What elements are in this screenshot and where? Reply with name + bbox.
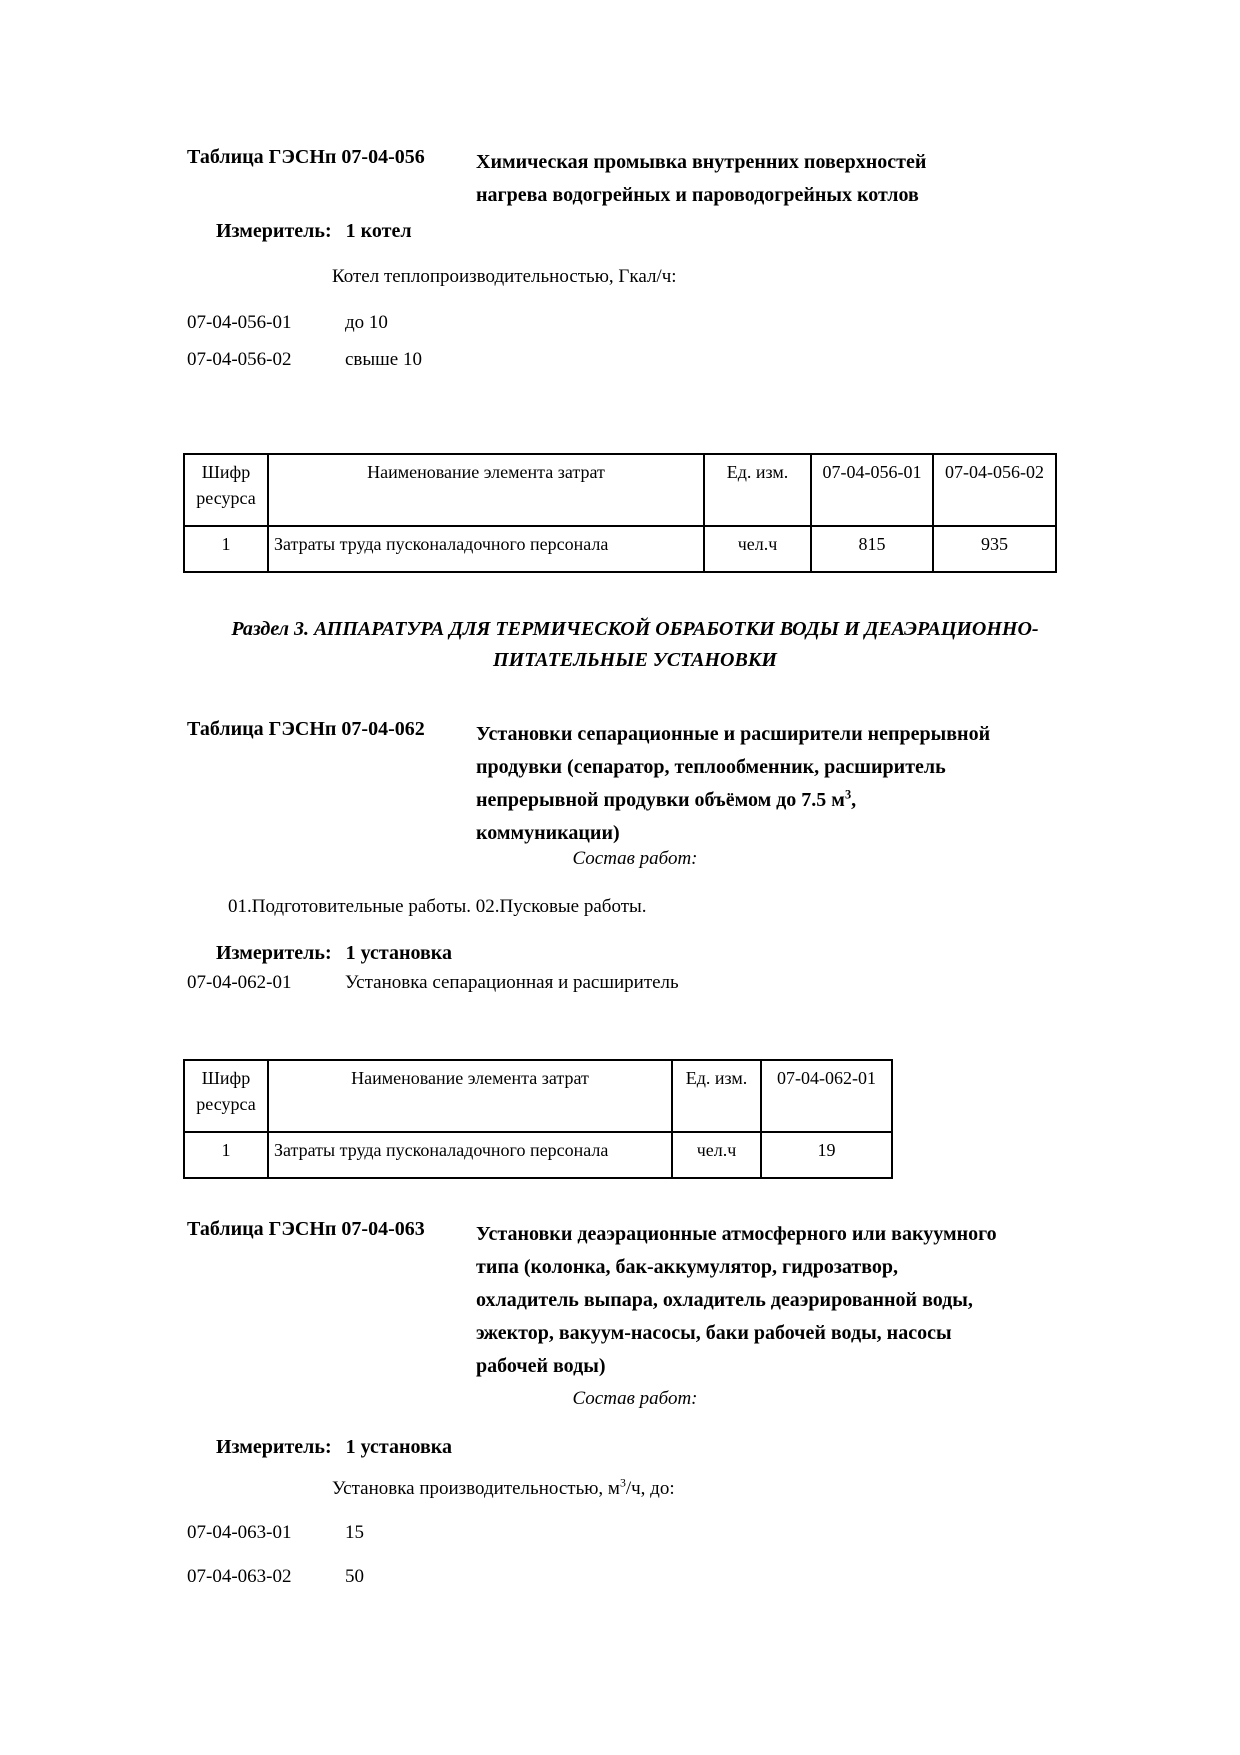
table-063-title-line-2: типа (колонка, бак-аккумулятор, гидрозат… bbox=[476, 1251, 1036, 1284]
col-header-unit: Ед. изм. bbox=[672, 1060, 761, 1132]
group-line-056: Котел теплопроизводительностью, Гкал/ч: bbox=[332, 266, 677, 288]
cell-value-056-01: 815 bbox=[811, 526, 933, 572]
col-header-norm-056-01: 07-04-056-01 bbox=[811, 454, 933, 526]
table-063-title-line-5: рабочей воды) bbox=[476, 1350, 1036, 1383]
cell-unit: чел.ч bbox=[672, 1132, 761, 1178]
col-header-cost-element: Наименование элемента затрат bbox=[268, 1060, 672, 1132]
table-062-title-line-2: продувки (сепаратор, теплообменник, расш… bbox=[476, 751, 1036, 784]
table-063-title-line-3: охладитель выпара, охладитель деаэрирова… bbox=[476, 1284, 1036, 1317]
cell-unit: чел.ч bbox=[704, 526, 811, 572]
table-056-title: Химическая промывка внутренних поверхнос… bbox=[476, 146, 1036, 212]
meter-063-value: 1 установка bbox=[346, 1436, 452, 1458]
cell-resource-code: 1 bbox=[184, 1132, 268, 1178]
col-header-cost-element: Наименование элемента затрат bbox=[268, 454, 704, 526]
table-063-label: Таблица ГЭСНп 07-04-063 bbox=[187, 1218, 425, 1241]
table-062-title-line-4: коммуникации) bbox=[476, 817, 1036, 850]
table-062-title-line-3: непрерывной продувки объёмом до 7.5 м3, bbox=[476, 784, 1036, 817]
meter-063: Измеритель:1 установка bbox=[216, 1436, 452, 1459]
table-063-title: Установки деаэрационные атмосферного или… bbox=[476, 1218, 1036, 1383]
cell-value-056-02: 935 bbox=[933, 526, 1056, 572]
cell-cost-element: Затраты труда пусконаладочного персонала bbox=[268, 526, 704, 572]
table-062-label: Таблица ГЭСНп 07-04-062 bbox=[187, 718, 425, 741]
title-text: , bbox=[851, 789, 856, 811]
norm-item-063-01: 07-04-063-01 15 bbox=[187, 1522, 291, 1544]
norm-desc: до 10 bbox=[345, 312, 388, 334]
meter-056-value: 1 котел bbox=[346, 220, 412, 242]
group-line-063: Установка производительностью, м3/ч, до: bbox=[332, 1478, 675, 1500]
col-header-resource-code: Шифр ресурса bbox=[184, 1060, 268, 1132]
section-3-heading-line-2: ПИТАТЕЛЬНЫЕ УСТАНОВКИ bbox=[15, 645, 1240, 676]
group-line-text: Установка производительностью, м bbox=[332, 1478, 620, 1499]
norm-item-063-02: 07-04-063-02 50 bbox=[187, 1566, 291, 1588]
meter-062-value: 1 установка bbox=[346, 942, 452, 964]
cost-table-062: Шифр ресурса Наименование элемента затра… bbox=[183, 1059, 893, 1179]
norm-code: 07-04-063-01 bbox=[187, 1522, 291, 1544]
table-056-title-line-1: Химическая промывка внутренних поверхнос… bbox=[476, 146, 1036, 179]
meter-063-label: Измеритель: bbox=[216, 1436, 332, 1458]
table-056-header-row: Шифр ресурса Наименование элемента затра… bbox=[184, 454, 1056, 526]
norm-code: 07-04-062-01 bbox=[187, 972, 291, 994]
meter-056: Измеритель:1 котел bbox=[216, 220, 412, 243]
col-header-norm-062-01: 07-04-062-01 bbox=[761, 1060, 892, 1132]
table-062-title-line-1: Установки сепарационные и расширители не… bbox=[476, 718, 1036, 751]
table-056-label: Таблица ГЭСНп 07-04-056 bbox=[187, 146, 425, 169]
table-062-title: Установки сепарационные и расширители не… bbox=[476, 718, 1036, 850]
norm-item-056-01: 07-04-056-01 до 10 bbox=[187, 312, 291, 334]
table-063-title-line-4: эжектор, вакуум-насосы, баки рабочей вод… bbox=[476, 1317, 1036, 1350]
works-label-062: Состав работ: bbox=[15, 848, 1240, 870]
title-text: непрерывной продувки объёмом до 7.5 м bbox=[476, 789, 845, 811]
works-line-062: 01.Подготовительные работы. 02.Пусковые … bbox=[228, 896, 647, 918]
section-3-heading-line-1: Раздел 3. АППАРАТУРА ДЛЯ ТЕРМИЧЕСКОЙ ОБР… bbox=[15, 614, 1240, 645]
meter-056-label: Измеритель: bbox=[216, 220, 332, 242]
norm-item-062-01: 07-04-062-01 Установка сепарационная и р… bbox=[187, 972, 291, 994]
norm-code: 07-04-056-01 bbox=[187, 312, 291, 334]
norm-item-056-02: 07-04-056-02 свыше 10 bbox=[187, 349, 291, 371]
table-062-row-1: 1 Затраты труда пусконаладочного персона… bbox=[184, 1132, 892, 1178]
document-page: Таблица ГЭСНп 07-04-056 Химическая промы… bbox=[0, 0, 1240, 1755]
meter-062: Измеритель:1 установка bbox=[216, 942, 452, 965]
table-063-title-line-1: Установки деаэрационные атмосферного или… bbox=[476, 1218, 1036, 1251]
cost-table-056: Шифр ресурса Наименование элемента затра… bbox=[183, 453, 1057, 573]
norm-desc: свыше 10 bbox=[345, 349, 422, 371]
norm-code: 07-04-056-02 bbox=[187, 349, 291, 371]
norm-desc: 50 bbox=[345, 1566, 364, 1588]
norm-desc: Установка сепарационная и расширитель bbox=[345, 972, 679, 994]
works-label-063: Состав работ: bbox=[15, 1388, 1240, 1410]
cell-value-062-01: 19 bbox=[761, 1132, 892, 1178]
cell-cost-element: Затраты труда пусконаладочного персонала bbox=[268, 1132, 672, 1178]
col-header-norm-056-02: 07-04-056-02 bbox=[933, 454, 1056, 526]
col-header-unit: Ед. изм. bbox=[704, 454, 811, 526]
table-062-header-row: Шифр ресурса Наименование элемента затра… bbox=[184, 1060, 892, 1132]
norm-desc: 15 bbox=[345, 1522, 364, 1544]
table-056-title-line-2: нагрева водогрейных и пароводогрейных ко… bbox=[476, 179, 1036, 212]
meter-062-label: Измеритель: bbox=[216, 942, 332, 964]
col-header-resource-code: Шифр ресурса bbox=[184, 454, 268, 526]
cell-resource-code: 1 bbox=[184, 526, 268, 572]
table-056-row-1: 1 Затраты труда пусконаладочного персона… bbox=[184, 526, 1056, 572]
section-3-heading: Раздел 3. АППАРАТУРА ДЛЯ ТЕРМИЧЕСКОЙ ОБР… bbox=[15, 614, 1240, 676]
norm-code: 07-04-063-02 bbox=[187, 1566, 291, 1588]
group-line-text: /ч, до: bbox=[626, 1478, 675, 1499]
